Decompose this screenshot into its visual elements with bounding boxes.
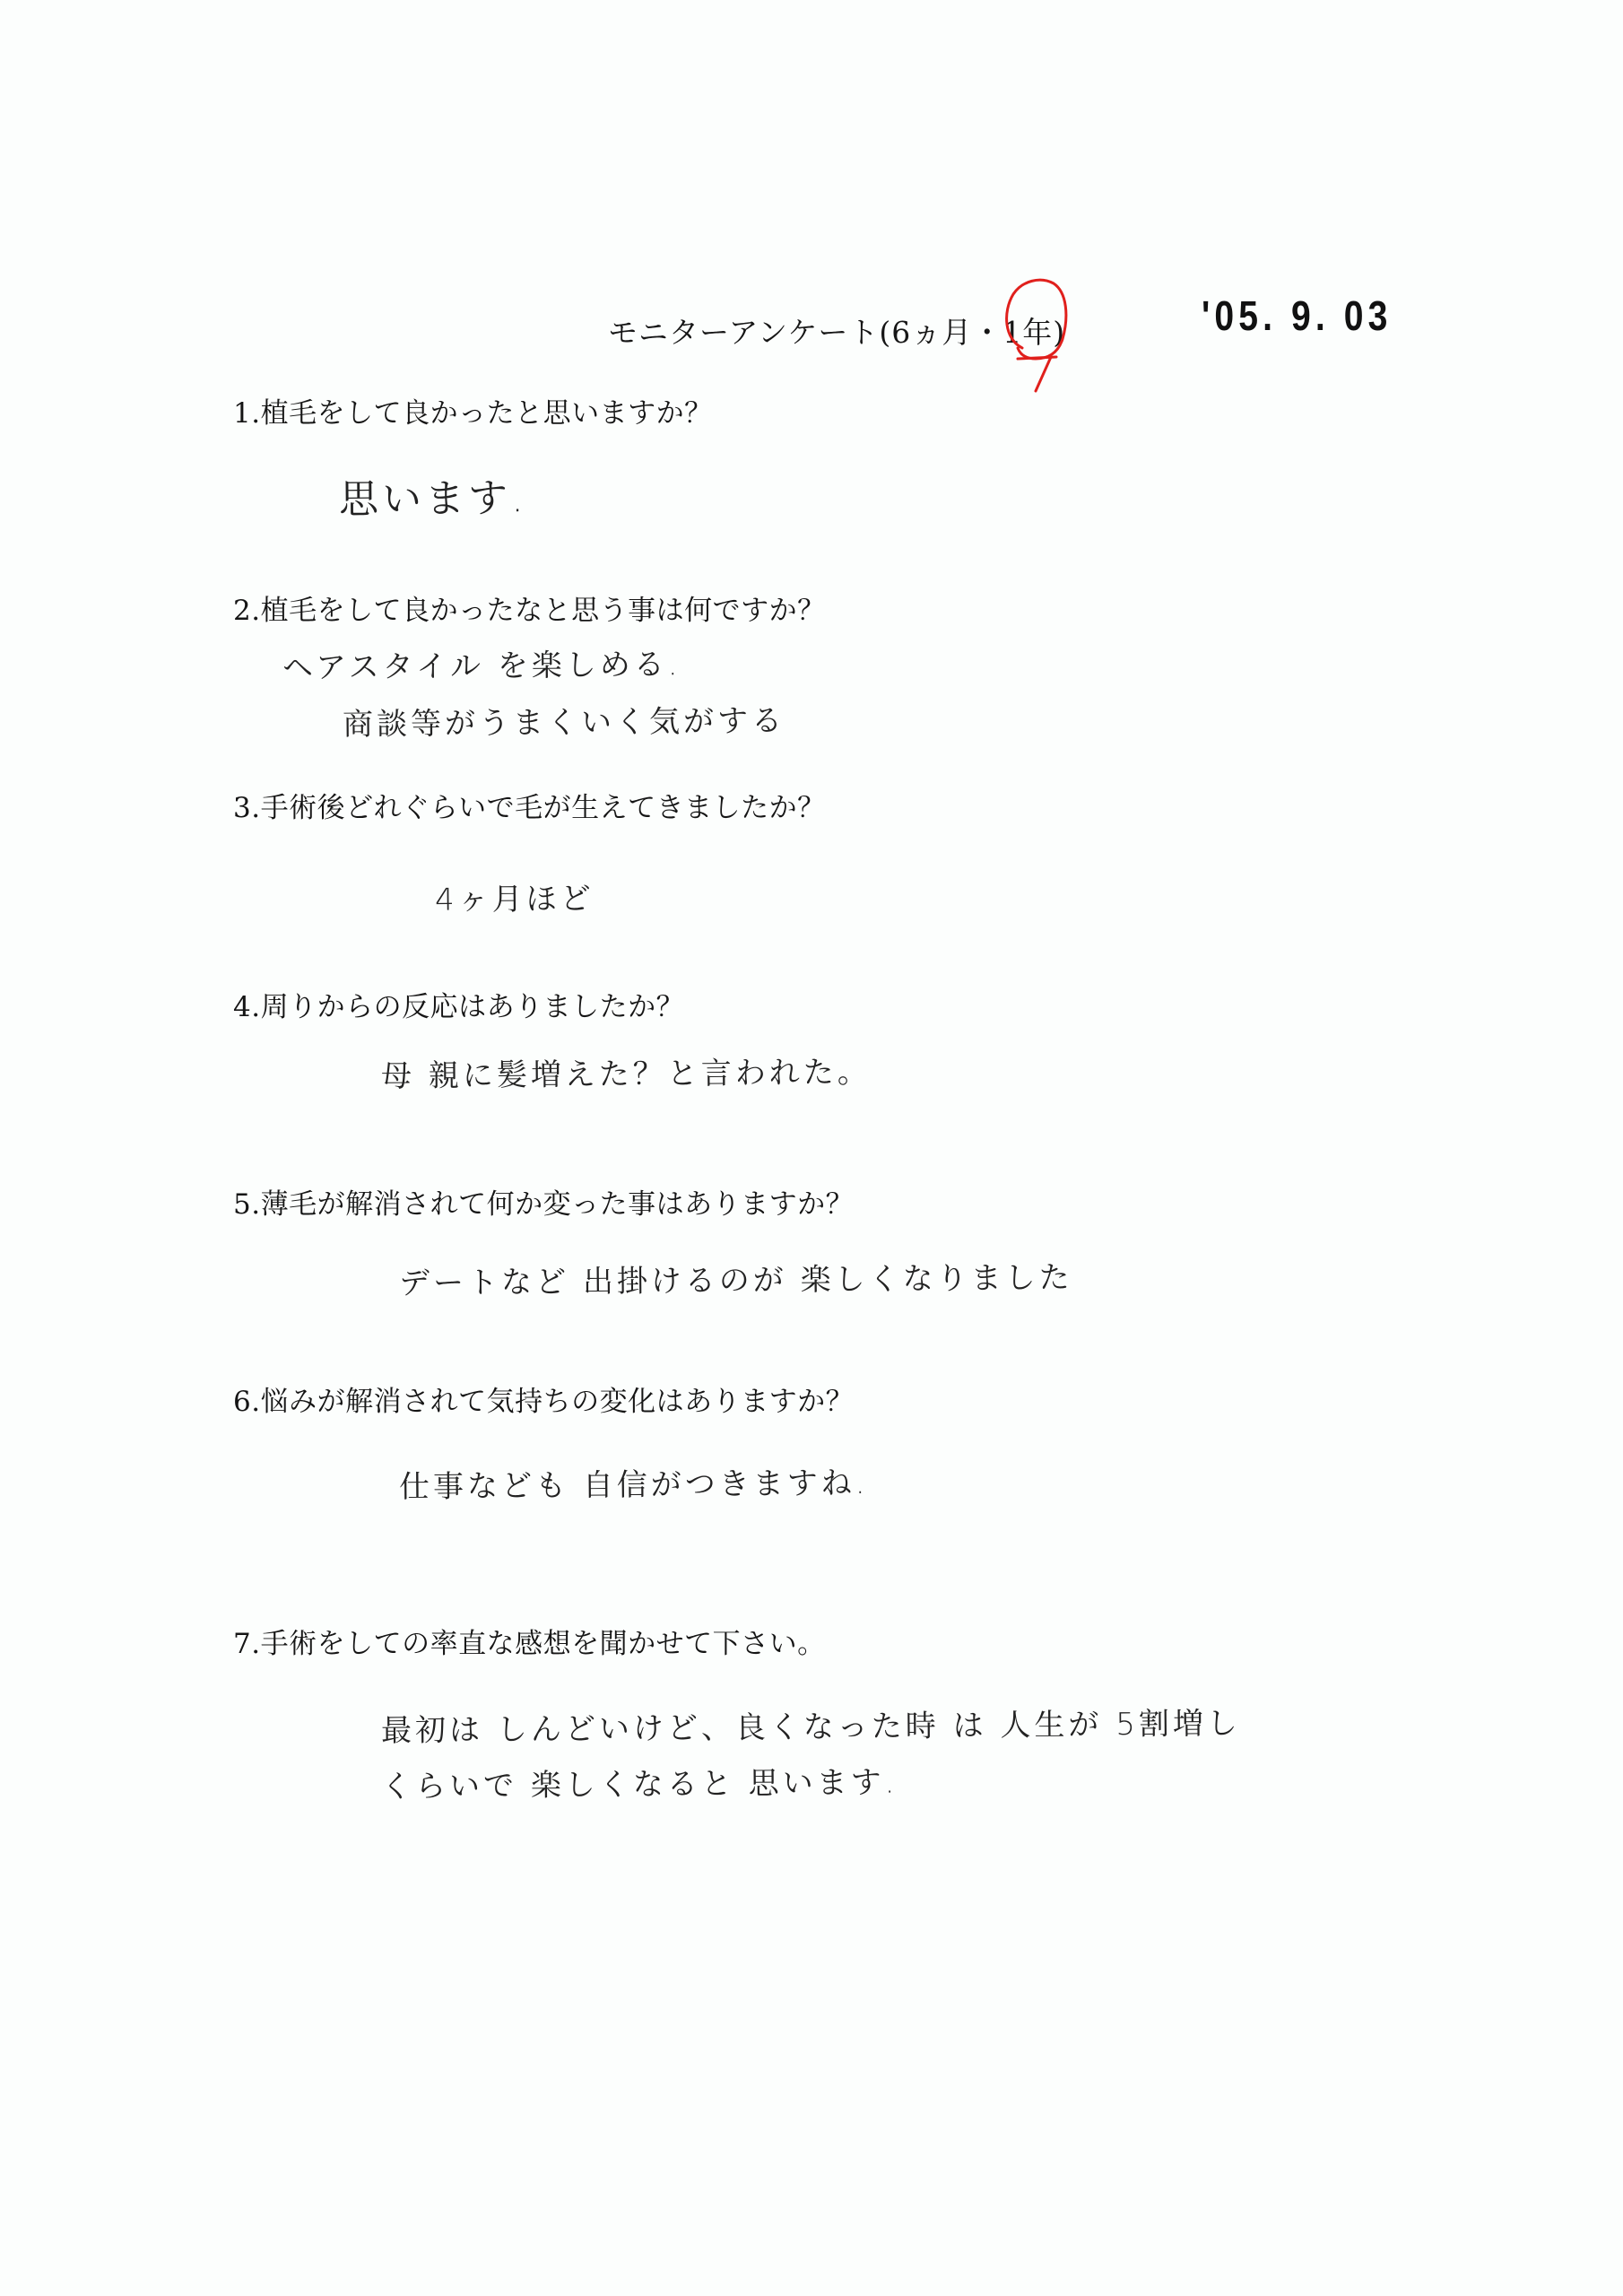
- answer-1-line-1: 思います.: [339, 465, 528, 525]
- answer-3-line-1: 4ヶ月ほど: [435, 874, 595, 919]
- answer-2-line-2: 商談等がうまくいく気がする: [343, 696, 785, 744]
- survey-title-text: モニターアンケート(6ヵ月・: [608, 315, 1002, 350]
- answer-2-line-1: ヘアスタイル を楽しめる.: [282, 639, 681, 687]
- survey-date: '05. 9. 03: [1202, 291, 1392, 340]
- question-1: 1.植毛をして良かったと思いますか？: [233, 390, 713, 430]
- question-7: 7.手術をしての率直な感想を聞かせて下さい。: [233, 1621, 826, 1661]
- question-5: 5.薄毛が解消されて何か変った事はありますか？: [233, 1181, 854, 1222]
- survey-page: モニターアンケート(6ヵ月・1年) '05. 9. 03 1.植毛をして良かった…: [0, 0, 1623, 2296]
- question-6: 6.悩みが解消されて気持ちの変化はありますか？: [233, 1378, 854, 1419]
- answer-7-line-1: 最初は しんどいけど、良くなった時 は 人生が 5割増し: [381, 1699, 1241, 1750]
- answer-5-line-1: デートなど 出掛けるのが 楽しくなりました: [399, 1253, 1073, 1303]
- question-3: 3.手術後どれぐらいで毛が生えてきましたか？: [233, 785, 826, 825]
- answer-6-line-1: 仕事なども 自信がつきますね.: [399, 1458, 869, 1507]
- answer-4-line-1: 母 親に髪増えた？と言われた。: [381, 1048, 872, 1096]
- question-2: 2.植毛をして良かったなと思う事は何ですか？: [233, 587, 826, 628]
- survey-title: モニターアンケート(6ヵ月・1年): [608, 309, 1065, 352]
- circled-option-1-year: 1年): [1002, 309, 1065, 352]
- answer-7-line-2: くらいで 楽しくなると 思います.: [381, 1757, 898, 1805]
- question-4: 4.周りからの反応はありましたか？: [233, 984, 684, 1024]
